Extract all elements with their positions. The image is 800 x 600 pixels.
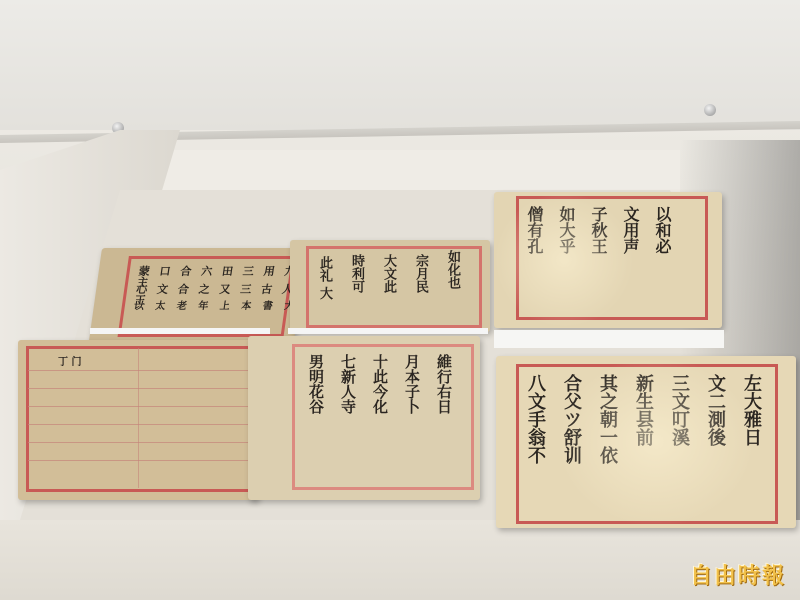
manuscript-text: 合父ツ舒训: [562, 374, 580, 514]
manuscript-text: 十此今化: [372, 354, 387, 484]
manuscript-text: 如大乎: [558, 206, 574, 316]
page-edge: [90, 328, 270, 334]
manuscript-text: 如化也: [446, 250, 459, 324]
manuscript-text: 月本子卜: [404, 354, 419, 484]
manuscript-text: 文二測後: [706, 374, 724, 514]
manuscript-text: 子秋王: [590, 206, 606, 316]
red-border: [516, 196, 708, 320]
manuscript-text: 文用声: [622, 206, 638, 316]
watermark-logo: 自由時報: [690, 559, 786, 590]
manuscript-text: 其之朝一依: [598, 374, 616, 514]
display-case-photo: 蒙 口 合 六 田 三 用 九 主 心 文 合 之 又 三 古 人 王 以 太 …: [0, 0, 800, 600]
glass-lid: [0, 0, 800, 130]
manuscript-text: 七新人寺: [340, 354, 355, 484]
manuscript-text: 丁 门: [58, 358, 81, 368]
page-edge: [288, 328, 488, 334]
manuscript-text: 以和必: [654, 206, 670, 316]
manuscript-text: 男明花谷: [308, 354, 323, 484]
manuscript-text: 左大雅日: [742, 374, 760, 514]
manuscript-center-bottom: 男明花谷 七新人寺 十此今化 月本子卜 維行右日: [248, 336, 480, 500]
manuscript-text: 三文叮溪: [670, 374, 688, 514]
manuscript-text: 宗月民: [414, 254, 427, 324]
manuscript-text: 僧有孔: [526, 206, 542, 316]
manuscript-right-bottom: 八文手翁不 合父ツ舒训 其之朝一依 新生县前 三文叮溪 文二測後 左大雅日: [496, 356, 796, 528]
manuscript-text: 八文手翁不: [526, 374, 544, 514]
manuscript-left-bottom: 丁 门: [18, 340, 258, 500]
glass-clip-right: [704, 104, 716, 116]
manuscript-text: 新生县前: [634, 374, 652, 514]
manuscript-text: 此礼 大: [318, 256, 331, 326]
manuscript-text: 時利可: [350, 254, 363, 324]
page-edge: [494, 330, 724, 348]
manuscript-text: 大文此: [382, 254, 395, 324]
manuscript-text: 維行右日: [436, 354, 451, 484]
manuscript-right-top: 僧有孔 如大乎 子秋王 文用声 以和必: [494, 192, 722, 328]
manuscript-center-top: 此礼 大 時利可 大文此 宗月民 如化也: [290, 240, 490, 332]
manuscript-text: 以 太 老 年 上 本 書 大: [133, 302, 299, 312]
case-front-edge: [0, 520, 800, 600]
